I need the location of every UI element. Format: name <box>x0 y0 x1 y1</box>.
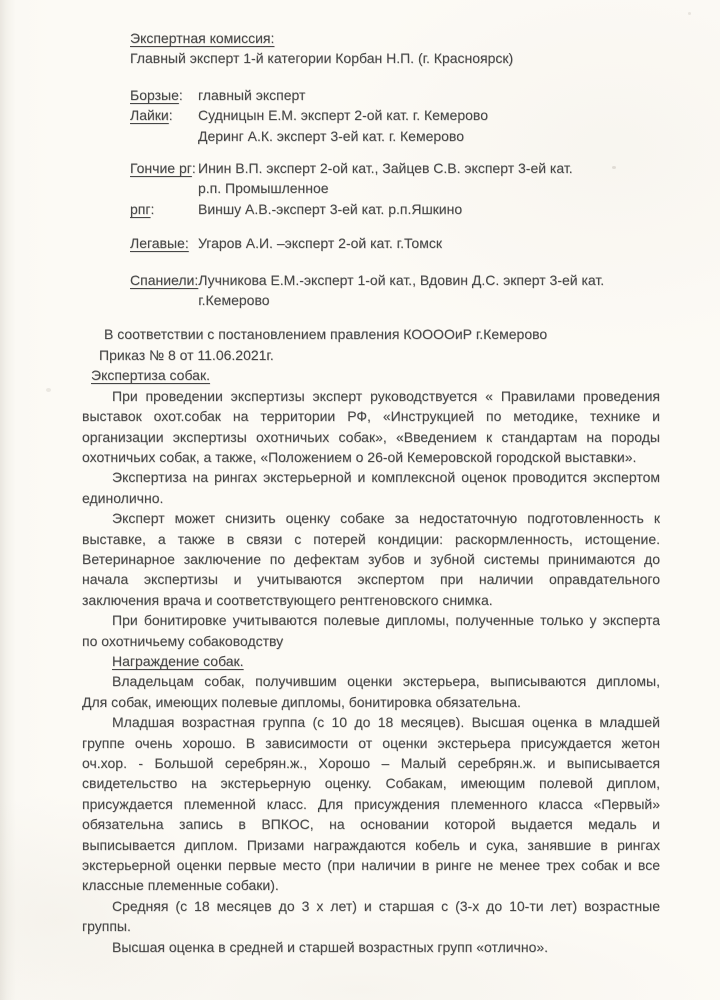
text-line: организации экспертизы охотничьих собак»… <box>82 427 660 447</box>
text-line: свидетельство на экстерьерную оценку. Со… <box>82 773 660 793</box>
group-label-text: Гончие рг <box>130 160 192 176</box>
document-content: Экспертная комиссия: Главный эксперт 1-й… <box>0 0 720 957</box>
group-label: рпг: <box>130 199 198 219</box>
text-line: Средняя (с 18 месяцев до 3 х лет) и стар… <box>82 896 660 916</box>
paragraph-rules: При проведении экспертизы эксперт руково… <box>82 386 660 468</box>
group-label: Легавые: <box>130 233 198 253</box>
group-rpg: рпг: Виншу А.В.-эксперт 3-ей кат. р.п.Яш… <box>130 199 684 219</box>
text-line: Экспертиза собак. <box>82 365 660 385</box>
text-line: При проведении экспертизы эксперт руково… <box>82 386 660 406</box>
paragraph-bonitation: При бонитировке учитываются полевые дипл… <box>82 610 660 651</box>
group-experts: главный эксперт <box>198 85 684 105</box>
text-line: охотничьих собак, а также, «Положением о… <box>82 447 660 467</box>
order-intro-lines: В соответствии с постановлением правлени… <box>82 324 660 385</box>
text-line: выписывается диплом. Призами награждаютс… <box>82 835 660 855</box>
group-label-text: Лайки <box>130 107 169 123</box>
text-line: В соответствии с постановлением правлени… <box>82 324 660 344</box>
text-line: Лучникова Е.М.-эксперт 1-ой кат., Вдовин… <box>198 270 684 290</box>
text-line: Угаров А.И. –эксперт 2-ой кат. г.Томск <box>198 233 684 253</box>
group-label: Лайки: <box>130 105 198 125</box>
text-line: выставке, а также в связи с потерей конд… <box>82 529 660 549</box>
text-line: присуждается племенной класс. Для присуж… <box>82 794 660 814</box>
text-line: Эксперт может снизить оценку собаке за н… <box>82 508 660 528</box>
scan-speck <box>612 166 616 169</box>
chief-expert-line: Главный эксперт 1-й категории Корбан Н.П… <box>130 48 684 68</box>
document-body-section: В соответствии с постановлением правлени… <box>82 324 660 957</box>
group-label-colon: : <box>179 87 183 103</box>
awards-heading-text: Награждение собак. <box>112 653 244 669</box>
text-line: по охотничьему собаководству <box>82 631 660 651</box>
text-line: Владельцам собак, получившим оценки экст… <box>82 671 660 691</box>
paragraph-rings: Экспертиза на рингах экстерьерной и комп… <box>82 467 660 508</box>
scan-speck <box>688 12 691 15</box>
group-label-text: Легавые: <box>130 235 189 251</box>
text-line: выставок охот.собак на территории РФ, «И… <box>82 406 660 426</box>
text-line: Судницын Е.М. эксперт 2-ой кат. г. Кемер… <box>198 105 684 125</box>
group-label-text: Спаниели: <box>130 272 198 288</box>
paragraph-diplomas: Владельцам собак, получившим оценки экст… <box>82 671 660 712</box>
paragraph-top-score: Высшая оценка в средней и старшей возрас… <box>82 937 660 957</box>
text-line: Виншу А.В.-эксперт 3-ей кат. р.п.Яшкино <box>198 199 684 219</box>
text-line: При бонитировке учитываются полевые дипл… <box>82 610 660 630</box>
text-line: Ветеринарное заключение по дефектам зубо… <box>82 549 660 569</box>
scan-speck <box>46 388 51 392</box>
expert-commission-section: Экспертная комиссия: Главный эксперт 1-й… <box>130 28 684 310</box>
text-line: Деринг А.К. эксперт 3-ей кат. г. Кемеров… <box>198 126 684 146</box>
text-line: классные племенные собаки). <box>82 875 660 895</box>
text-line: начала экспертизы и учитываются эксперто… <box>82 569 660 589</box>
group-experts: Судницын Е.М. эксперт 2-ой кат. г. Кемер… <box>198 105 684 146</box>
group-label: Борзые: <box>130 85 198 105</box>
scanned-document-page: Экспертная комиссия: Главный эксперт 1-й… <box>0 0 720 1000</box>
text-line: Младшая возрастная группа (с 10 до 18 ме… <box>82 712 660 732</box>
paragraph-junior-group: Младшая возрастная группа (с 10 до 18 ме… <box>82 712 660 896</box>
group-label-colon: : <box>192 160 196 176</box>
text-line: г.Кемерово <box>198 290 684 310</box>
group-label: Гончие рг: <box>130 158 198 178</box>
group-experts: Виншу А.В.-эксперт 3-ей кат. р.п.Яшкино <box>198 199 684 219</box>
group-experts: Лучникова Е.М.-эксперт 1-ой кат., Вдовин… <box>198 270 684 311</box>
group-label-text: рпг <box>130 201 150 217</box>
commission-heading-text: Экспертная комиссия: <box>130 30 274 46</box>
group-label-colon: : <box>150 201 154 217</box>
group-label-colon: : <box>169 107 173 123</box>
awards-heading: Награждение собак. <box>82 651 660 671</box>
text-line: единолично. <box>82 488 660 508</box>
text-line: Экспертиза на рингах экстерьерной и комп… <box>82 467 660 487</box>
text-line: заключения врача и соответствующего рент… <box>82 590 660 610</box>
group-label-text: Борзые <box>130 87 179 103</box>
group-experts: Угаров А.И. –эксперт 2-ой кат. г.Томск <box>198 233 684 253</box>
group-gonchie: Гончие рг: Инин В.П. эксперт 2-ой кат., … <box>130 158 684 199</box>
commission-heading: Экспертная комиссия: <box>130 28 684 48</box>
text-line: группы. <box>82 916 660 936</box>
text-line: группе очень хорошо. В зависимости от оц… <box>82 733 660 753</box>
group-borzye: Борзые: главный эксперт <box>130 85 684 105</box>
group-experts: Инин В.П. эксперт 2-ой кат., Зайцев С.В.… <box>198 158 684 199</box>
group-spanieli: Спаниели: Лучникова Е.М.-эксперт 1-ой ка… <box>130 270 684 311</box>
text-line: р.п. Промышленное <box>198 178 684 198</box>
text-line: обязательна запись в ВПКОС, на основании… <box>82 814 660 834</box>
text-line: Приказ № 8 от 11.06.2021г. <box>82 345 660 365</box>
text-line: Высшая оценка в средней и старшей возрас… <box>82 937 660 957</box>
text-line: Инин В.П. эксперт 2-ой кат., Зайцев С.В.… <box>198 158 684 178</box>
group-label: Спаниели: <box>130 270 198 290</box>
text-line: оч.хор. - Большой серебрян.ж., Хорошо – … <box>82 753 660 773</box>
text-line: Для собак, имеющих полевые дипломы, бони… <box>82 692 660 712</box>
group-legavye: Легавые: Угаров А.И. –эксперт 2-ой кат. … <box>130 233 684 253</box>
text-line: главный эксперт <box>198 85 684 105</box>
group-laiki: Лайки: Судницын Е.М. эксперт 2-ой кат. г… <box>130 105 684 146</box>
paragraph-middle-senior-groups: Средняя (с 18 месяцев до 3 х лет) и стар… <box>82 896 660 937</box>
paragraph-score-reduction: Эксперт может снизить оценку собаке за н… <box>82 508 660 610</box>
text-line: экстерьерной оценки первые место (при на… <box>82 855 660 875</box>
